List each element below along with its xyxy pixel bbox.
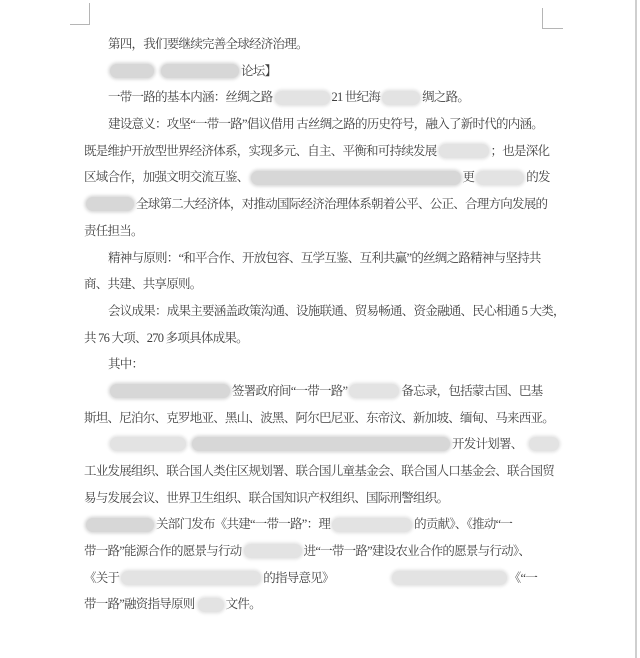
text-segment: 全球第二大经济体，对推动国际经济治理体系朝着公平、公正、合理方向发展的	[136, 197, 547, 211]
margin-crop-mark-left	[70, 3, 90, 25]
text-segment: 建设意义：攻坚“一带一路”倡议借用 古丝绸之路的历史符号，融入了新时代的内涵。	[108, 117, 543, 131]
text-line: 一带一路的基本内涵：丝绸之路21 世纪海绸之路。	[84, 83, 556, 110]
text-segment: ；也是深化	[491, 144, 550, 158]
redaction-blur	[476, 171, 524, 185]
redaction-blur	[161, 64, 239, 78]
margin-crop-mark-right	[542, 8, 563, 29]
text-line: 精神与原则：“和平合作、开放包容、互学互鉴、互利共赢”的丝绸之路精神与坚持共	[84, 244, 556, 271]
text-line: 带一路”能源合作的愿景与行动进“一带一路”建设农业合作的愿景与行动》、	[84, 537, 556, 564]
text-segment: 商、共建、共享原则。	[84, 277, 202, 291]
text-line: 其中：	[84, 350, 556, 377]
text-segment: 的指导意见》	[263, 571, 334, 585]
text-segment: 关部门发布《共建“一带一路”：理	[156, 517, 330, 531]
text-line: 关部门发布《共建“一带一路”：理的贡献》、《推动“一	[84, 510, 556, 537]
redaction-blur	[382, 91, 420, 105]
text-segment: 绸之路。	[422, 90, 469, 104]
text-line: 《关于的指导意见》《“一	[84, 564, 556, 591]
text-segment: 开发计划署、	[452, 437, 523, 451]
text-line: 签署政府间“一带一路”备忘录，包括蒙古国、巴基	[84, 377, 556, 404]
redaction-blur	[251, 171, 461, 185]
page-right-edge	[635, 0, 637, 658]
redaction-blur	[86, 197, 134, 211]
redaction-blur	[349, 384, 399, 398]
redaction-blur	[529, 437, 559, 451]
text-segment: 带一路”融资指导原则	[84, 597, 195, 611]
text-segment: 其中：	[108, 357, 143, 371]
text-line: 责任担当。	[84, 217, 556, 244]
redaction-blur	[121, 571, 261, 585]
redaction-blur	[392, 571, 507, 585]
text-line: 论坛】	[84, 57, 556, 84]
document-text[interactable]: 第四，我们要继续完善全球经济治理。论坛】一带一路的基本内涵：丝绸之路21 世纪海…	[84, 30, 556, 617]
text-segment: 一带一路的基本内涵：丝绸之路	[108, 90, 273, 104]
redaction-blur	[244, 544, 302, 558]
redaction-blur	[439, 144, 489, 158]
text-segment: 带一路”能源合作的愿景与行动	[84, 544, 242, 558]
text-line: 会议成果：成果主要涵盖政策沟通、设施联通、贸易畅通、资金融通、民心相通 5 大类…	[84, 297, 556, 324]
text-segment: 第四，我们要继续完善全球经济治理。	[108, 37, 308, 51]
text-segment: 21 世纪海	[332, 90, 381, 104]
text-line: 带一路”融资指导原则文件。	[84, 590, 556, 617]
redaction-blur	[110, 64, 154, 78]
text-segment: 《“一	[509, 571, 537, 585]
text-line: 易与发展会议、世界卫生组织、联合国知识产权组织、国际刑警组织。	[84, 484, 556, 511]
redaction-blur	[110, 384, 230, 398]
text-segment: 的发	[526, 170, 550, 184]
text-segment: 更	[463, 170, 475, 184]
text-segment: 《关于	[84, 571, 119, 585]
redaction-blur	[86, 518, 154, 532]
text-line: 商、共建、共享原则。	[84, 270, 556, 297]
text-segment: 共 76 大项、270 多项具体成果。	[84, 330, 248, 344]
text-segment: 斯坦、尼泊尔、克罗地亚、黑山、波黑、阿尔巴尼亚、东帝汶、新加坡、缅甸、马来西亚。	[84, 410, 554, 424]
text-line: 工业发展组织、联合国人类住区规划署、联合国儿童基金会、联合国人口基金会、联合国贸	[84, 457, 556, 484]
text-segment: 易与发展会议、世界卫生组织、联合国知识产权组织、国际刑警组织。	[84, 490, 448, 504]
redaction-blur	[110, 437, 186, 451]
text-segment: 备忘录，包括蒙古国、巴基	[401, 384, 542, 398]
text-segment: 既是维护开放型世界经济体系，实现多元、自主、平衡和可持续发展	[84, 144, 437, 158]
text-segment: 会议成果：成果主要涵盖政策沟通、设施联通、贸易畅通、资金融通、民心相通 5 大类…	[108, 304, 565, 318]
redaction-blur	[332, 518, 412, 532]
text-line: 全球第二大经济体，对推动国际经济治理体系朝着公平、公正、合理方向发展的	[84, 190, 556, 217]
text-segment: 工业发展组织、联合国人类住区规划署、联合国儿童基金会、联合国人口基金会、联合国贸	[84, 464, 554, 478]
text-line: 斯坦、尼泊尔、克罗地亚、黑山、波黑、阿尔巴尼亚、东帝汶、新加坡、缅甸、马来西亚。	[84, 404, 556, 431]
text-line: 第四，我们要继续完善全球经济治理。	[84, 30, 556, 57]
text-line: 既是维护开放型世界经济体系，实现多元、自主、平衡和可持续发展；也是深化	[84, 137, 556, 164]
text-segment: 进“一带一路”建设农业合作的愿景与行动》、	[304, 544, 531, 558]
redaction-blur	[198, 598, 224, 612]
text-segment: 区域合作，加强文明交流互鉴、	[84, 170, 249, 184]
text-segment: 精神与原则：“和平合作、开放包容、互学互鉴、互利共赢”的丝绸之路精神与坚持共	[108, 250, 541, 264]
text-line: 共 76 大项、270 多项具体成果。	[84, 324, 556, 351]
redaction-blur	[192, 437, 450, 451]
redaction-blur	[275, 91, 330, 105]
text-segment: 文件。	[226, 597, 261, 611]
text-segment: 签署政府间“一带一路”	[232, 384, 347, 398]
text-segment: 责任担当。	[84, 224, 143, 238]
text-line: 区域合作，加强文明交流互鉴、更的发	[84, 163, 556, 190]
text-line: 开发计划署、	[84, 430, 556, 457]
text-line: 建设意义：攻坚“一带一路”倡议借用 古丝绸之路的历史符号，融入了新时代的内涵。	[84, 110, 556, 137]
text-segment: 的贡献》、《推动“一	[414, 517, 512, 531]
text-segment: 论坛】	[241, 63, 276, 77]
document-page: 第四，我们要继续完善全球经济治理。论坛】一带一路的基本内涵：丝绸之路21 世纪海…	[0, 0, 640, 658]
